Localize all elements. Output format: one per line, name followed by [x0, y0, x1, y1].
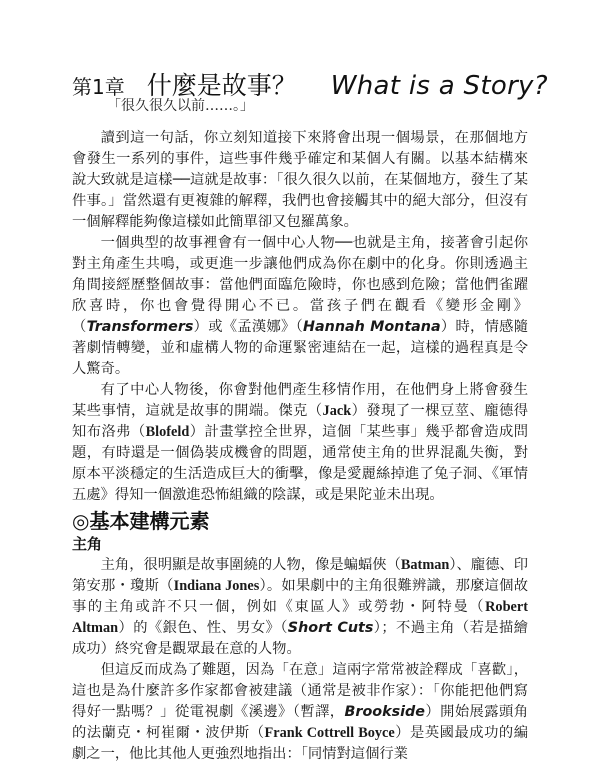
english-name: Blofeld — [146, 424, 190, 440]
english-title: Short Cuts — [288, 620, 374, 636]
paragraph-3: 有了中心人物後，你會對他們產生移情作用，在他們身上將會發生某些事情，這就是故事的… — [72, 380, 528, 506]
epigraph: 「很久很久以前……。」 — [107, 95, 254, 115]
english-name: Batman — [401, 557, 449, 573]
sub-heading: 主角 — [72, 534, 528, 555]
english-title: Brookside — [345, 704, 425, 720]
section-heading: ◎基本建構元素 — [72, 508, 528, 534]
english-title: Transformers — [87, 319, 194, 335]
document-page: 第1章 什麼是故事？ What is a Story? 「很久很久以前……。」 … — [0, 0, 600, 763]
english-name: Frank Cottrell Boyce — [265, 725, 395, 741]
text-run: ）或《孟漢娜》（ — [193, 319, 303, 335]
english-name: Jack — [323, 403, 352, 419]
body-text: 讀到這一句話，你立刻知道接下來將會出現一個場景，在那個地方會發生一系列的事件，這… — [72, 128, 528, 763]
text-run: 主角，很明顯是故事圍繞的人物，像是蝙蝠俠（ — [101, 557, 401, 573]
text-run: ）的《銀色、性、男女》（ — [118, 620, 288, 636]
paragraph-5: 但這反而成為了難題，因為「在意」這兩字常常被詮釋成「喜歡」，這也是為什麼許多作家… — [72, 660, 528, 763]
paragraph-1: 讀到這一句話，你立刻知道接下來將會出現一個場景，在那個地方會發生一系列的事件，這… — [72, 128, 528, 233]
english-title: Hannah Montana — [303, 319, 441, 335]
english-name: Indiana Jones — [174, 578, 260, 594]
paragraph-2: 一個典型的故事裡會有一個中心人物──也就是主角，接著會引起你對主角產生共鳴，或更… — [72, 233, 528, 380]
paragraph-4: 主角，很明顯是故事圍繞的人物，像是蝙蝠俠（Batman）、龐德、印第安那・瓊斯（… — [72, 555, 528, 660]
chapter-title-english: What is a Story? — [331, 71, 548, 101]
